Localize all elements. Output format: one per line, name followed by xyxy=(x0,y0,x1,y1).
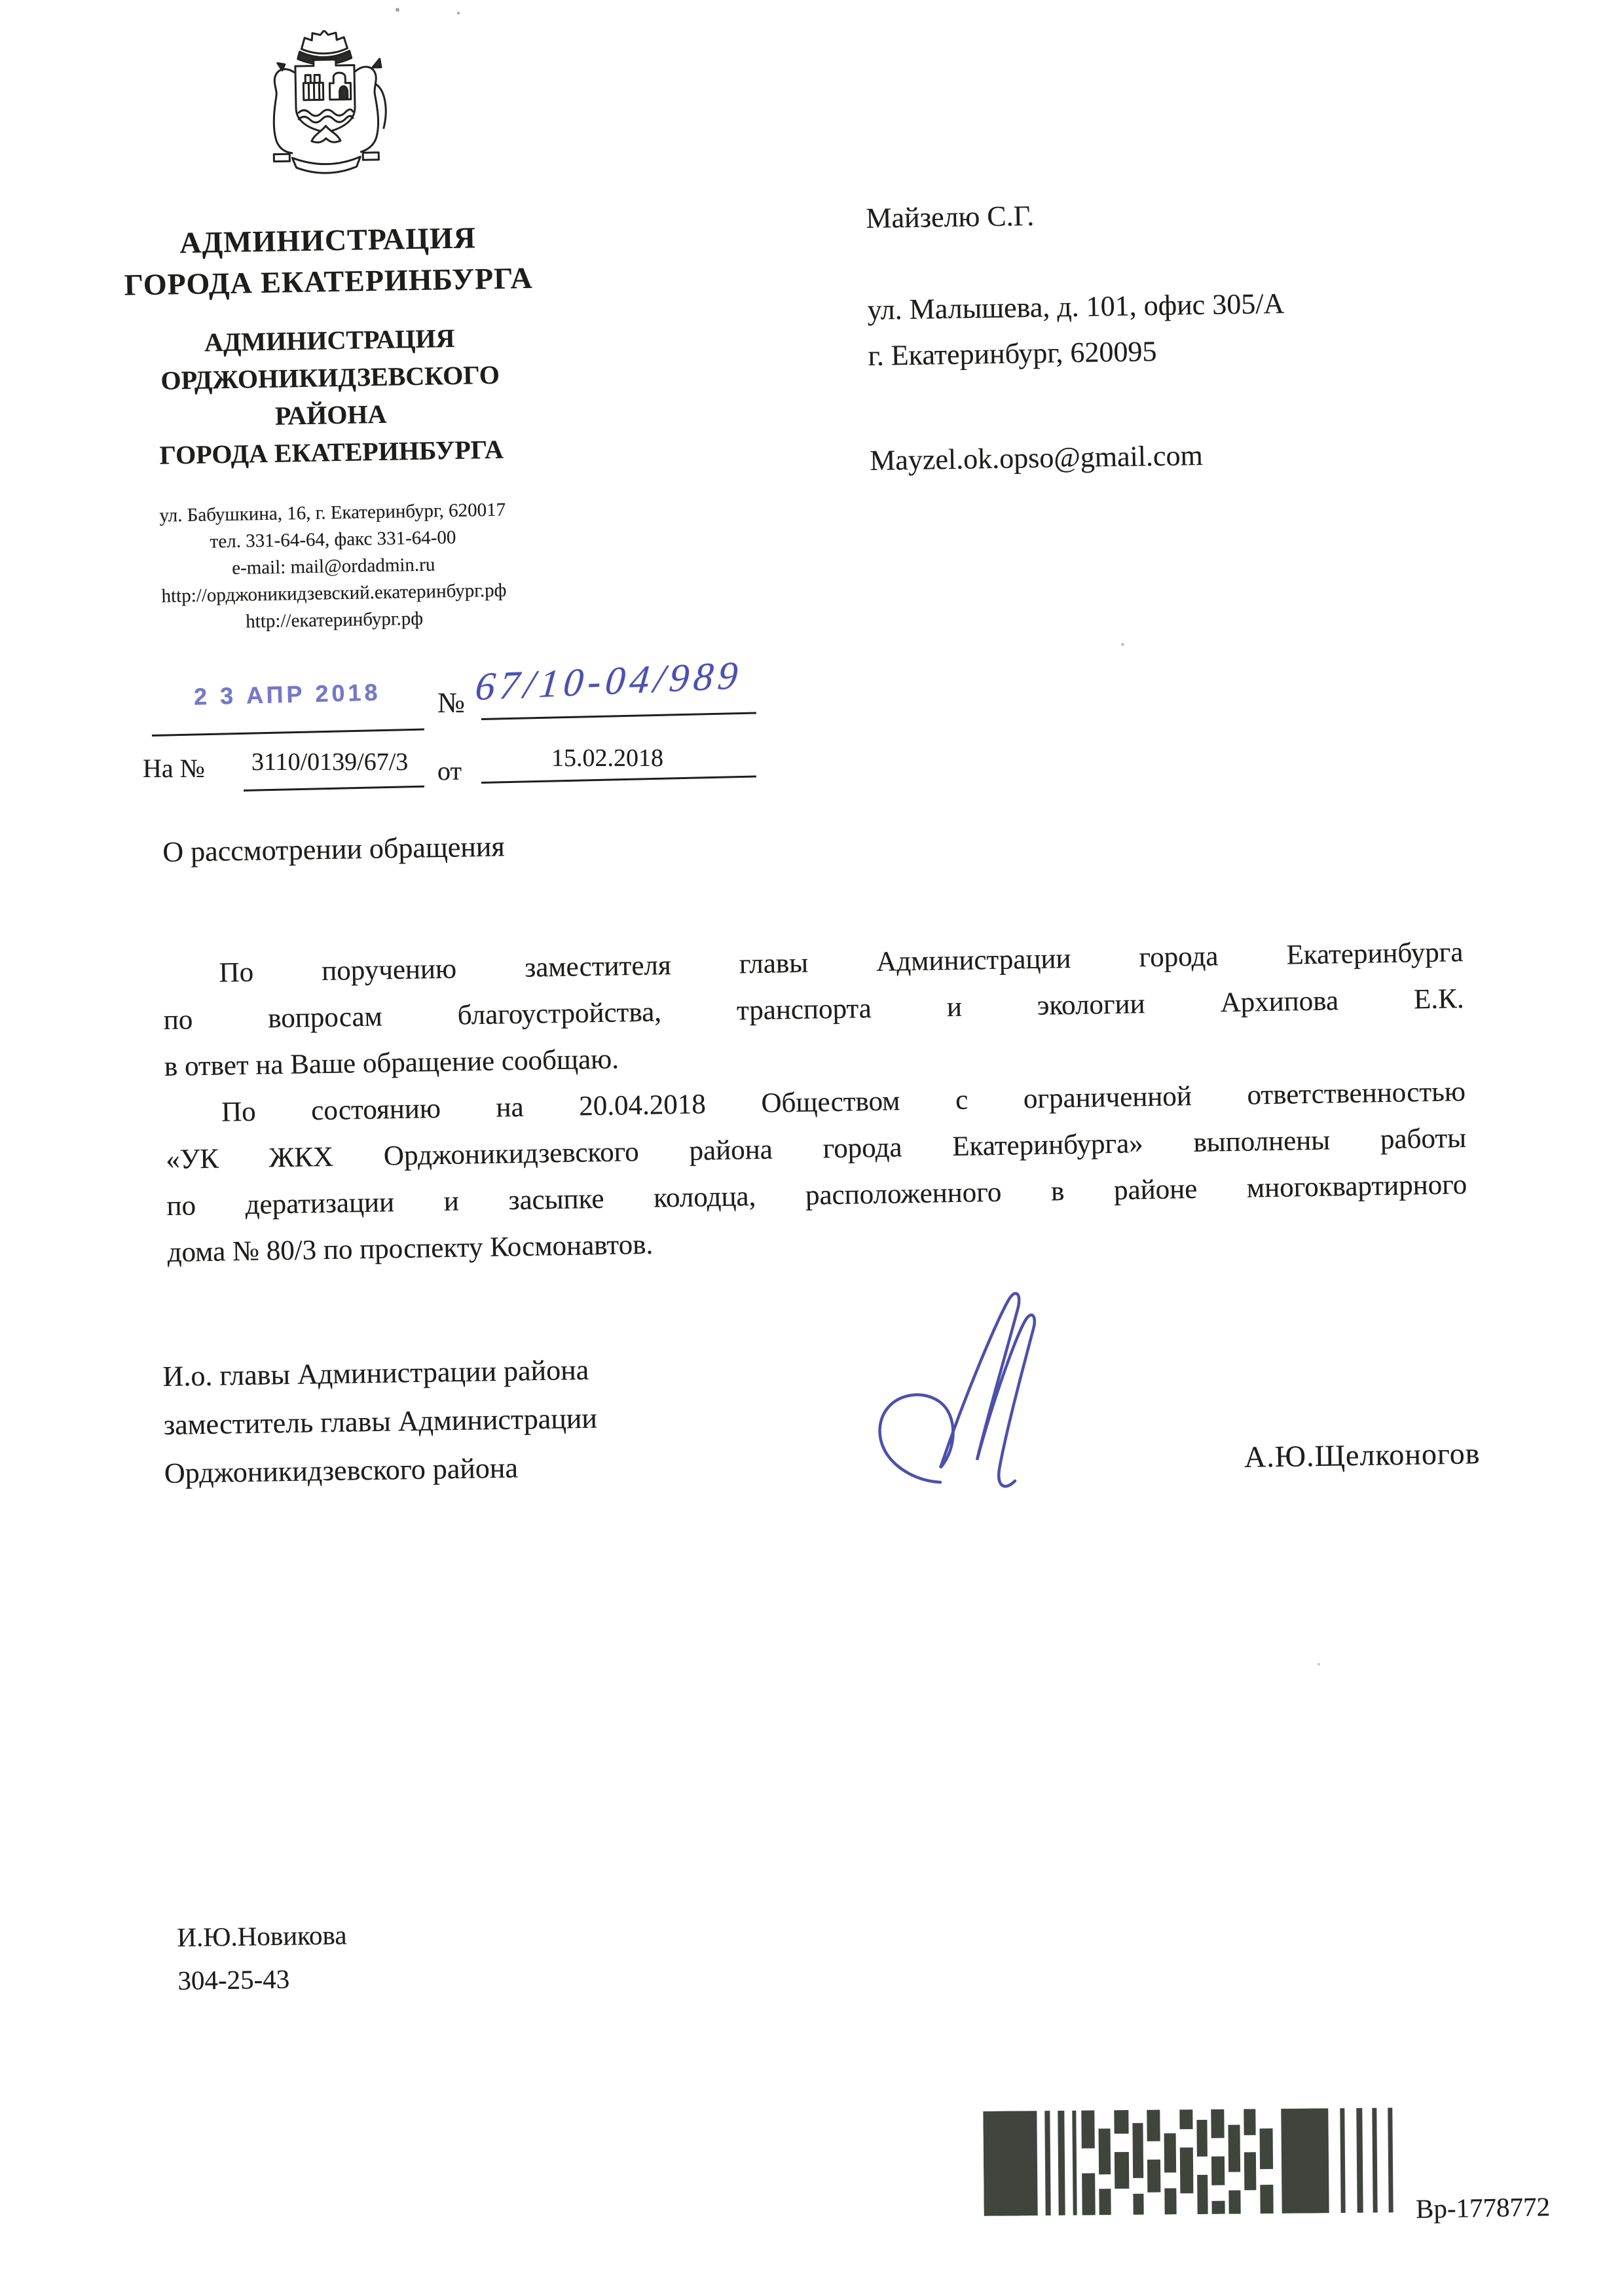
recipient-name: Майзелю С.Г. xyxy=(866,199,1035,235)
district-title-line: ГОРОДА ЕКАТЕРИНБУРГА xyxy=(117,429,546,474)
reply-to-label: На № xyxy=(143,753,205,784)
signature-area xyxy=(863,1261,1171,1539)
scan-speck xyxy=(396,8,399,12)
signer-position-line: Орджоникидзевского района xyxy=(164,1443,598,1498)
outgoing-number-label: № xyxy=(437,686,465,720)
signer-position-line: заместитель главы Администрации xyxy=(163,1394,597,1449)
letterhead-contacts: ул. Бабушкина, 16, г. Екатеринбург, 6200… xyxy=(119,496,549,637)
yekaterinburg-coat-of-arms-icon xyxy=(226,29,425,181)
scan-speck xyxy=(1318,1663,1320,1666)
reply-from-label: от xyxy=(437,756,462,786)
letterhead: АДМИНИСТРАЦИЯ ГОРОДА ЕКАТЕРИНБУРГА АДМИН… xyxy=(110,27,549,638)
barcode-label: Вр-1778772 xyxy=(1416,2191,1551,2225)
subject-line: О рассмотрении обращения xyxy=(162,829,505,869)
org-title-line: АДМИНИСТРАЦИЯ xyxy=(113,216,542,264)
reply-date: 15.02.2018 xyxy=(551,744,663,773)
district-administration-title: АДМИНИСТРАЦИЯ ОРДЖОНИКИДЗЕВСКОГО РАЙОНА … xyxy=(115,318,546,475)
barcode-icon xyxy=(983,2107,1416,2216)
scanned-letter-page: АДМИНИСТРАЦИЯ ГОРОДА ЕКАТЕРИНБУРГА АДМИН… xyxy=(0,0,1624,2296)
signer-name: А.Ю.Щелконогов xyxy=(1244,1436,1481,1474)
handwritten-signature-icon xyxy=(863,1261,1171,1536)
number-underline xyxy=(481,712,756,720)
organization-title: АДМИНИСТРАЦИЯ ГОРОДА ЕКАТЕРИНБУРГА xyxy=(113,216,543,306)
reply-number-underline xyxy=(244,786,424,792)
org-title-line: ГОРОДА ЕКАТЕРИНБУРГА xyxy=(114,257,543,306)
registration-barcode xyxy=(983,2107,1416,2219)
reply-date-underline xyxy=(481,775,756,784)
recipient-address-line1: ул. Малышева, д. 101, офис 305/А xyxy=(867,287,1284,327)
incoming-date-stamp: 2 3 АПР 2018 xyxy=(194,679,381,711)
signer-position-line: И.о. главы Администрации района xyxy=(162,1346,597,1401)
letter-body: По поручению заместителя главы Администр… xyxy=(162,929,1468,1276)
executor-block: И.Ю.Новикова 304-25-43 xyxy=(177,1913,348,2002)
executor-name: И.Ю.Новикова xyxy=(177,1913,347,1959)
date-underline xyxy=(152,729,424,737)
reply-to-number: 3110/0139/67/3 xyxy=(251,748,408,776)
signer-position-block: И.о. главы Администрации района заместит… xyxy=(162,1346,599,1498)
outgoing-number-handwritten: 67/10-04/989 xyxy=(473,650,805,710)
coat-of-arms xyxy=(110,27,541,187)
recipient-block: Майзелю С.Г. ул. Малышева, д. 101, офис … xyxy=(866,192,1455,202)
executor-phone: 304-25-43 xyxy=(177,1956,348,2002)
recipient-address-line2: г. Екатеринбург, 620095 xyxy=(868,335,1156,373)
district-title-line: ОРДЖОНИКИДЗЕВСКОГО xyxy=(116,355,545,400)
recipient-email: Mayzel.ok.opso@gmail.com xyxy=(870,439,1203,477)
scan-speck xyxy=(1121,643,1124,646)
scan-speck xyxy=(457,12,460,14)
